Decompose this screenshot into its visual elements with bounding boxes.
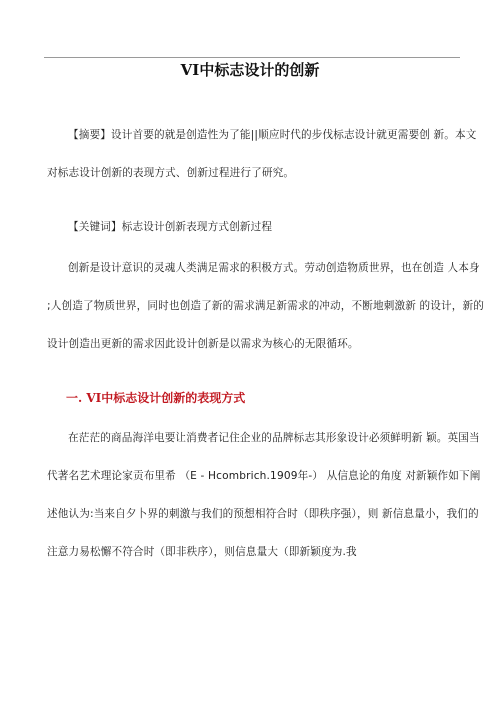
keywords-line: 【关键词】标志设计创新表现方式创新过程 <box>68 219 461 235</box>
paragraph2-line-2: 代著名艺术理论家贡布里希 （E - Hcombrich.1909年-） 从信息论… <box>47 468 461 484</box>
document-page: VI中标志设计的创新 【摘要】设计首要的就是创造性为了能||顺应时代的步伐标志设… <box>0 0 500 707</box>
abstract-line-1: 【摘要】设计首要的就是创造性为了能||顺应时代的步伐标志设计就更需要创 新。本文 <box>68 127 461 143</box>
abstract-line-2: 对标志设计创新的表现方式、创新过程进行了研究。 <box>47 165 461 181</box>
paragraph2-line-4: 注意力易松懈不符合时（即非秩序），则信息量大（即新颖度为.我 <box>47 544 461 560</box>
paragraph2-line-3: 述他认为:当来自夕卜界的刺激与我们的预想相符合时（即秩序强），则 新信息量小，我… <box>47 506 461 522</box>
header-rule <box>44 57 460 58</box>
paragraph2-line-1: 在茫茫的商品海洋电要让消费者记住企业的品牌标志其形象设计必须鲜明新 颖。英国当 <box>68 430 461 446</box>
document-title: VI中标志设计的创新 <box>0 60 500 80</box>
section-heading: 一. VI中标志设计创新的表现方式 <box>66 389 245 407</box>
paragraph1-line-3: 设计创造出更新的需求因此设计创新是以需求为核心的无限循环。 <box>47 336 461 352</box>
paragraph1-line-2: ;人创造了物质世界，同时也创造了新的需求满足新需求的冲动，不断地刺激新 的设计，… <box>47 298 461 314</box>
paragraph1-line-1: 创新是设计意识的灵魂人类满足需求的积极方式。劳动创造物质世界，也在创造 人本身 <box>68 260 461 276</box>
